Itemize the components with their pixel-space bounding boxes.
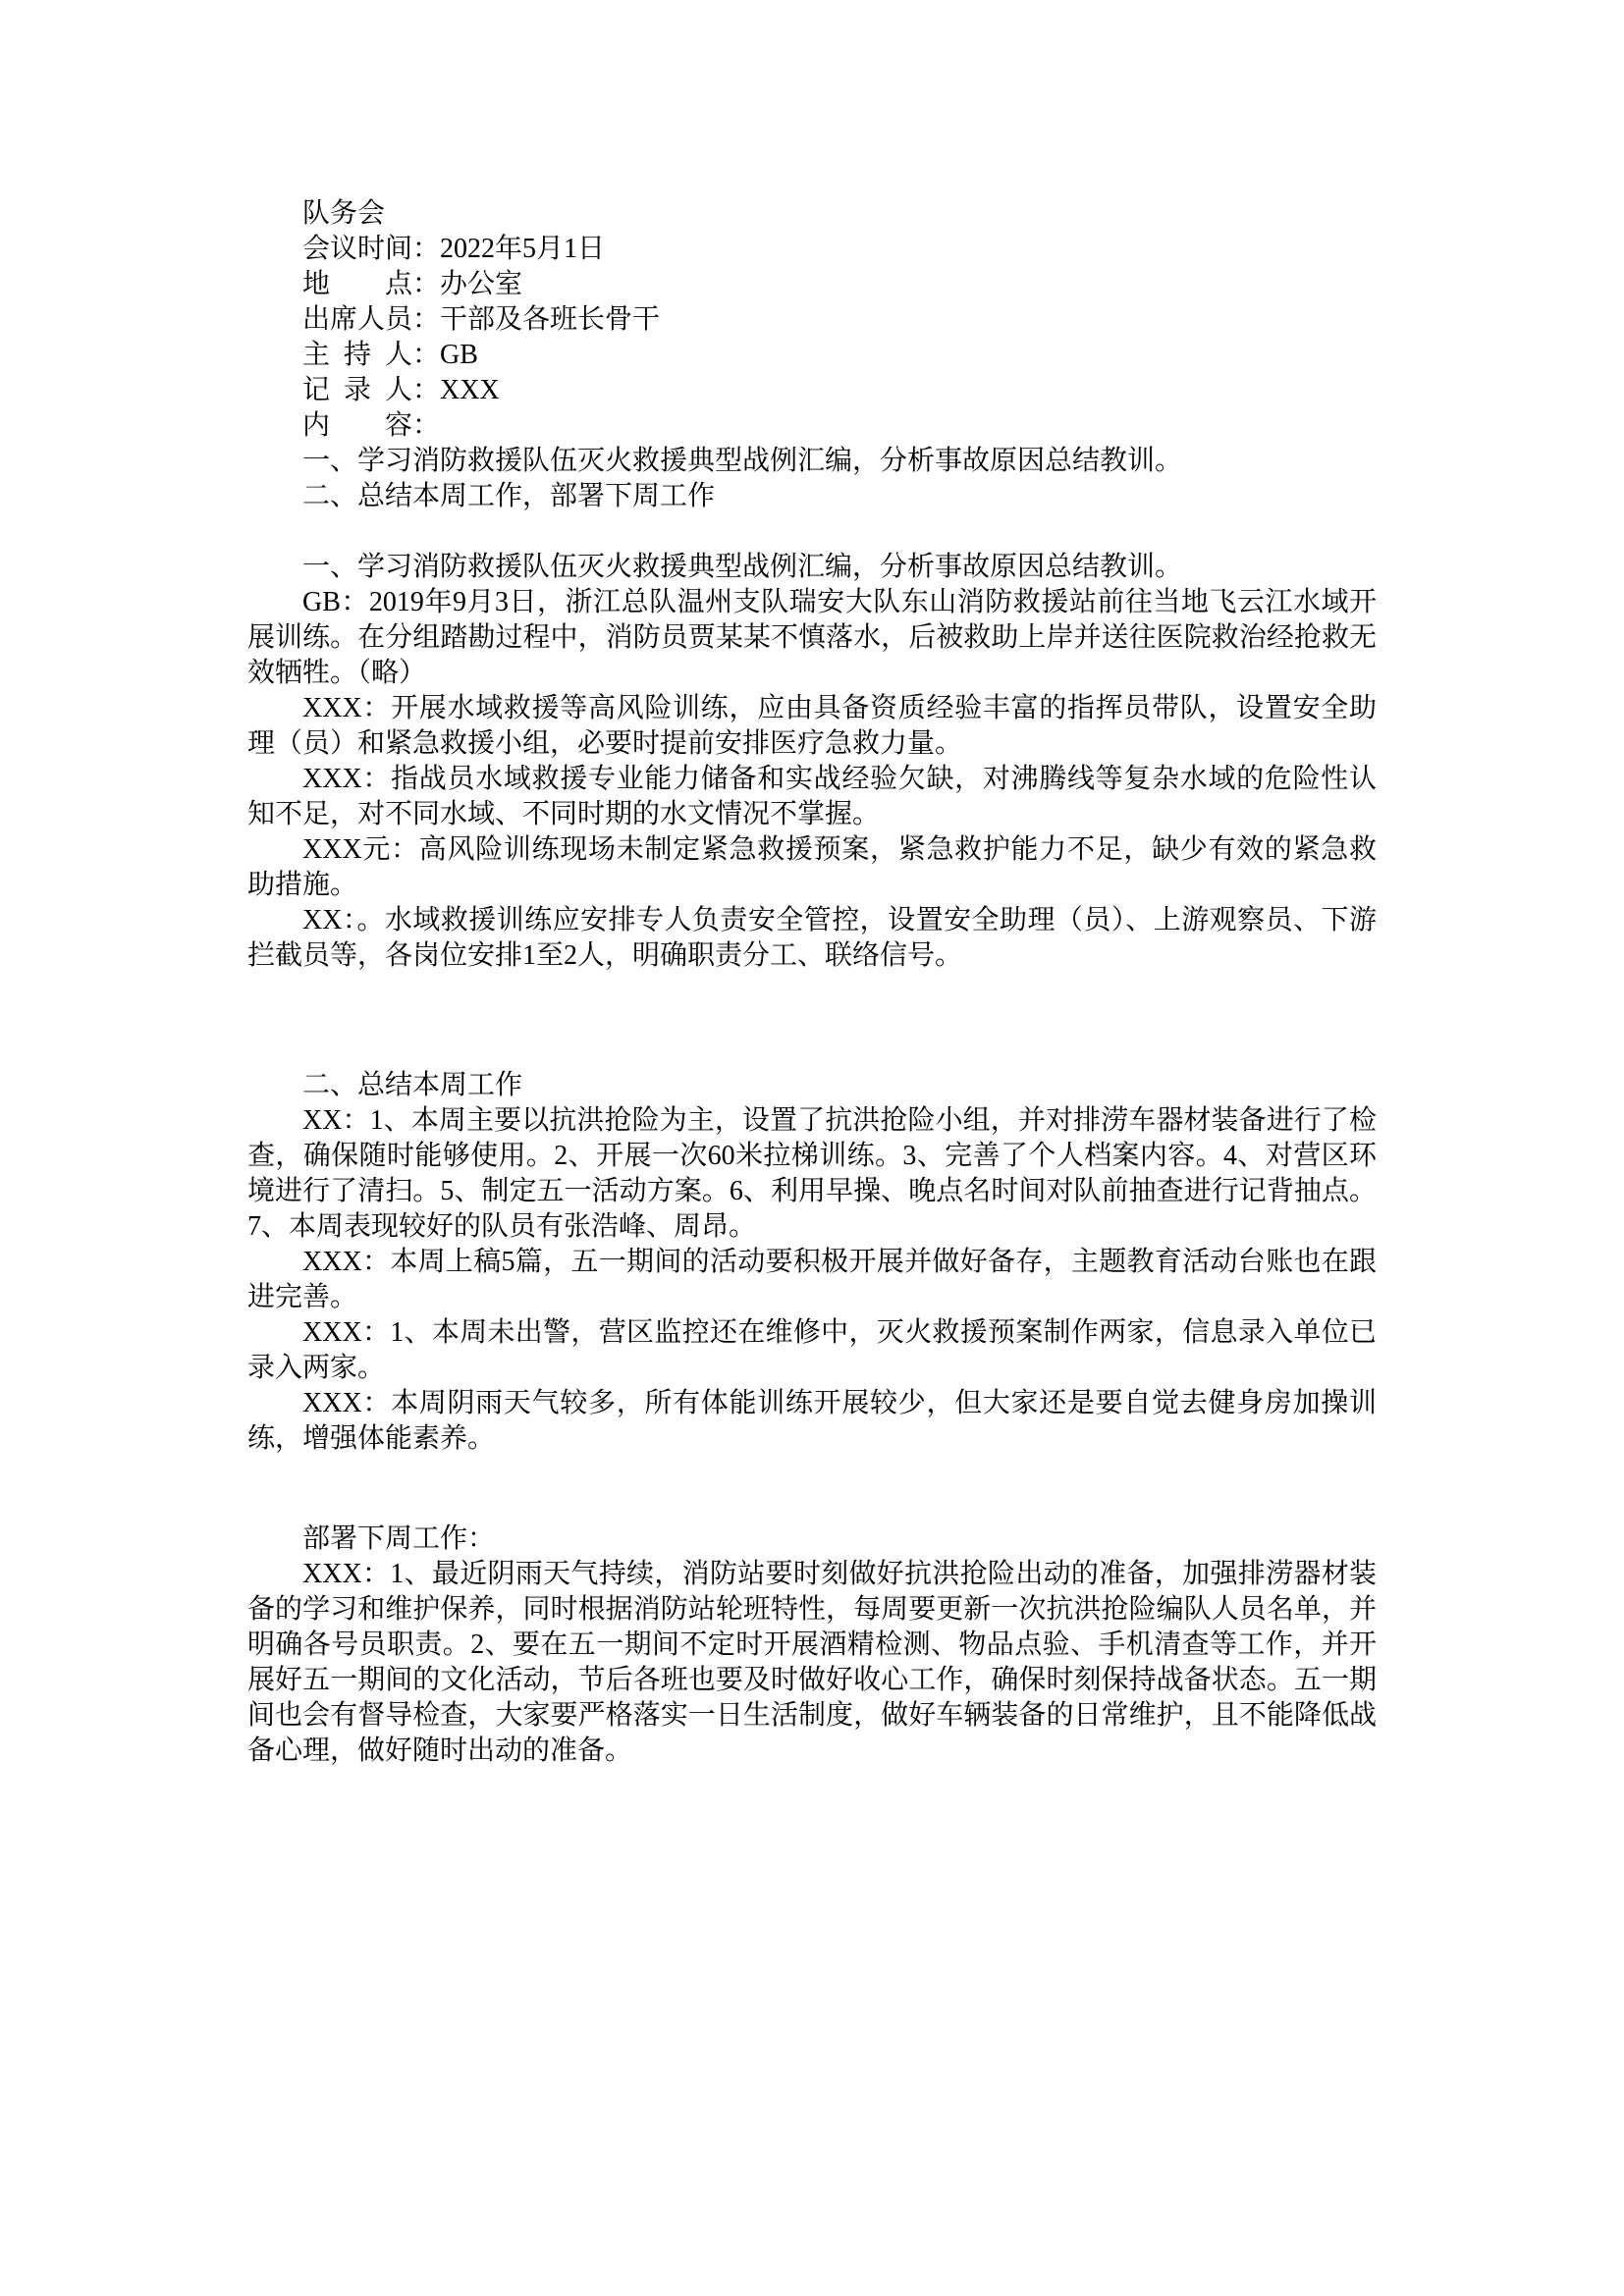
meta-label: 出席人员 bbox=[302, 302, 412, 338]
blank-line bbox=[247, 514, 1377, 550]
meta-colon: ： bbox=[412, 373, 440, 408]
meta-location: 地点：办公室 bbox=[247, 267, 1377, 302]
blank-line bbox=[247, 1457, 1377, 1492]
meta-colon: ： bbox=[412, 338, 440, 373]
meta-host: 主持人：GB bbox=[247, 338, 1377, 373]
meta-value: GB bbox=[440, 338, 478, 373]
document-title: 队务会 bbox=[247, 196, 1377, 232]
meta-label: 会议时间 bbox=[302, 232, 412, 267]
meta-value: 2022年5月1日 bbox=[440, 232, 605, 267]
section-1-paragraph: XXX：开展水域救援等高风险训练，应由具备资质经验丰富的指挥员带队，设置安全助理… bbox=[247, 691, 1377, 762]
section-1-paragraph: XXX元：高风险训练现场未制定紧急救援预案，紧急救护能力不足，缺少有效的紧急救助… bbox=[247, 832, 1377, 903]
meta-label: 内容 bbox=[302, 408, 412, 444]
section-2-paragraph: XXX：本周阴雨天气较多，所有体能训练开展较少，但大家还是要自觉去健身房加操训练… bbox=[247, 1386, 1377, 1457]
blank-line bbox=[247, 1009, 1377, 1068]
meta-colon: ： bbox=[412, 408, 440, 444]
agenda-item-1: 一、学习消防救援队伍灭火救援典型战例汇编，分析事故原因总结教训。 bbox=[247, 444, 1377, 479]
meta-attendees: 出席人员：干部及各班长骨干 bbox=[247, 302, 1377, 338]
meta-label: 地点 bbox=[302, 267, 412, 302]
meta-value: XXX bbox=[440, 373, 500, 408]
meta-colon: ： bbox=[412, 267, 440, 302]
section-1-paragraph: XXX：指战员水域救援专业能力储备和实战经验欠缺，对沸腾线等复杂水域的危险性认知… bbox=[247, 762, 1377, 832]
meta-meeting-time: 会议时间：2022年5月1日 bbox=[247, 232, 1377, 267]
section-2-paragraph: XX：1、本周主要以抗洪抢险为主，设置了抗洪抢险小组，并对排涝车器材装备进行了检… bbox=[247, 1103, 1377, 1245]
meta-label: 主持人 bbox=[302, 338, 412, 373]
meta-label: 记录人 bbox=[302, 373, 412, 408]
meta-colon: ： bbox=[412, 232, 440, 267]
section-2-paragraph: XXX：本周上稿5篇，五一期间的活动要积极开展并做好备存，主题教育活动台账也在跟… bbox=[247, 1245, 1377, 1315]
section-3-paragraph: XXX：1、最近阴雨天气持续，消防站要时刻做好抗洪抢险出动的准备，加强排涝器材装… bbox=[247, 1557, 1377, 1769]
section-1-paragraph: GB：2019年9月3日，浙江总队温州支队瑞安大队东山消防救援站前往当地飞云江水… bbox=[247, 585, 1377, 691]
blank-line bbox=[247, 1492, 1377, 1522]
section-3-heading: 部署下周工作： bbox=[247, 1522, 1377, 1557]
document-page: 队务会 会议时间：2022年5月1日 地点：办公室 出席人员：干部及各班长骨干 … bbox=[247, 196, 1377, 1769]
meta-value: 办公室 bbox=[440, 267, 522, 302]
meta-recorder: 记录人：XXX bbox=[247, 373, 1377, 408]
meta-content: 内容： bbox=[247, 408, 1377, 444]
blank-line bbox=[247, 974, 1377, 1009]
section-1-paragraph: XX：。水域救援训练应安排专人负责安全管控，设置安全助理（员）、上游观察员、下游… bbox=[247, 903, 1377, 974]
meta-colon: ： bbox=[412, 302, 440, 338]
meta-value: 干部及各班长骨干 bbox=[440, 302, 660, 338]
section-1-heading: 一、学习消防救援队伍灭火救援典型战例汇编，分析事故原因总结教训。 bbox=[247, 550, 1377, 585]
section-2-paragraph: XXX：1、本周未出警，营区监控还在维修中，灭火救援预案制作两家，信息录入单位已… bbox=[247, 1315, 1377, 1386]
agenda-item-2: 二、总结本周工作，部署下周工作 bbox=[247, 479, 1377, 514]
section-2-heading: 二、总结本周工作 bbox=[247, 1068, 1377, 1103]
